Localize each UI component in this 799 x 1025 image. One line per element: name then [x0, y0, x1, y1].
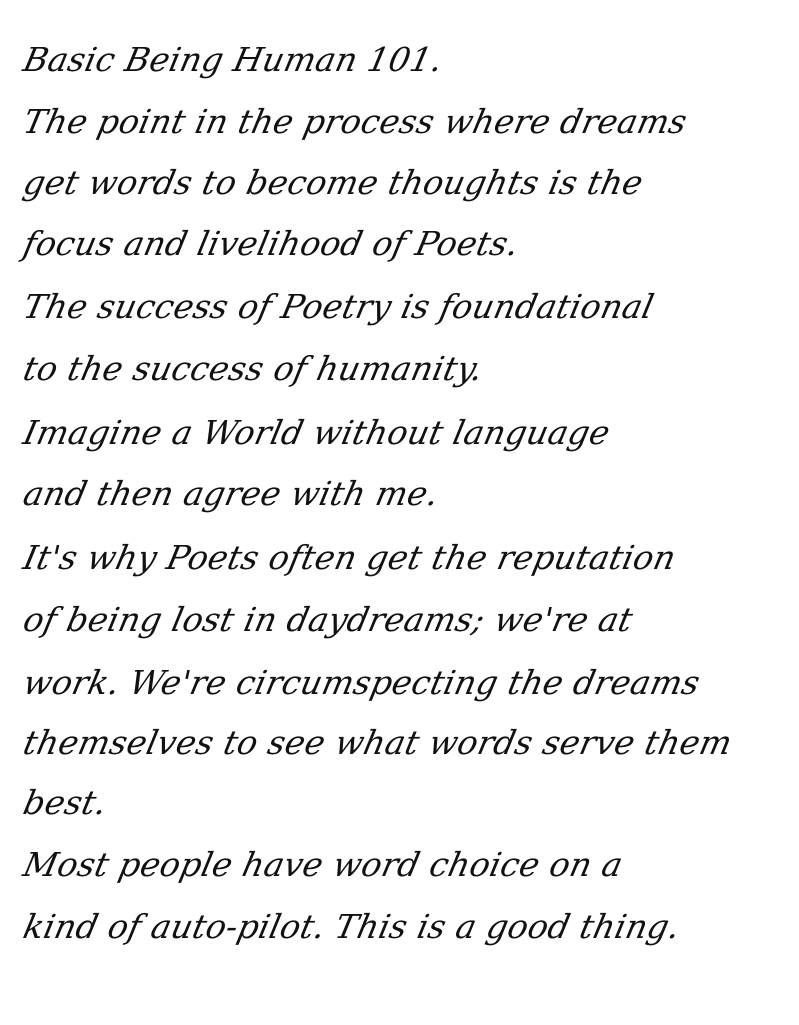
text-line-8: It's why Poets often get the reputation	[20, 538, 680, 578]
text-line-12: best.	[20, 783, 111, 823]
text-line-3: focus and livelihood of Poets.	[20, 224, 523, 264]
text-line-13: Most people have word choice on a	[20, 845, 627, 885]
text-line-1: The point in the process where dreams	[20, 102, 691, 142]
text-line-2: get words to become thoughts is the	[20, 163, 647, 203]
text-line-4: The success of Poetry is foundational	[20, 287, 658, 327]
text-line-10: work. We're circumspecting the dreams	[20, 663, 704, 703]
text-line-7: and then agree with me.	[20, 474, 443, 514]
text-line-11: themselves to see what words serve them	[20, 723, 736, 763]
text-line-9: of being lost in daydreams; we're at	[20, 600, 637, 640]
text-line-14: kind of auto-pilot. This is a good thing…	[20, 907, 684, 947]
text-line-6: Imagine a World without language	[20, 413, 614, 453]
text-line-5: to the success of humanity.	[20, 349, 487, 389]
document-title: Basic Being Human 101.	[20, 40, 447, 80]
handwritten-page: Basic Being Human 101. The point in the …	[0, 0, 799, 1025]
